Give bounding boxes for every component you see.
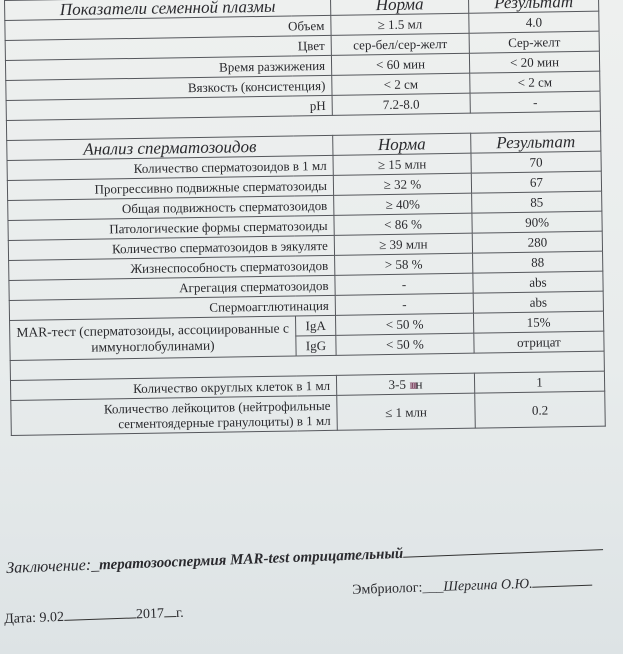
igg-norm: < 50 % bbox=[336, 333, 474, 355]
row-result: 1 bbox=[474, 371, 604, 393]
iga-label: IgA bbox=[295, 315, 335, 336]
result-column-header: Результат bbox=[471, 131, 601, 153]
lab-report-sheet: Показатели семенной плазмы Норма Результ… bbox=[4, 0, 607, 436]
conclusion-label: Заключение:_ bbox=[6, 556, 99, 577]
underline bbox=[164, 616, 176, 617]
row-result: 0.2 bbox=[475, 391, 606, 428]
igg-result: отрицат bbox=[474, 331, 604, 353]
row-norm: ≥ 15 млн bbox=[333, 153, 471, 175]
underline bbox=[403, 549, 603, 558]
row-norm: сер-бел/сер-желт bbox=[331, 33, 469, 55]
row-result: 4.0 bbox=[469, 11, 599, 33]
row-result: 67 bbox=[471, 171, 601, 193]
underline bbox=[533, 585, 593, 588]
norm-suffix: н bbox=[415, 376, 422, 391]
row-norm: - bbox=[335, 293, 473, 315]
mar-test-label: MAR-тест (сперматозоиды, ассоциированные… bbox=[10, 316, 297, 360]
row-norm: ≥ 39 млн bbox=[334, 233, 472, 255]
igg-label: IgG bbox=[296, 335, 336, 356]
row-norm: ≤ 1 млн bbox=[337, 393, 476, 430]
row-result: < 2 см bbox=[470, 71, 600, 93]
conclusion-line: Заключение:_тератозооспермия MAR-test от… bbox=[6, 536, 623, 578]
norm-prefix: 3-5 bbox=[388, 377, 409, 392]
date-label: Дата: 9.02 bbox=[4, 610, 64, 627]
row-result: abs bbox=[473, 291, 603, 313]
row-norm: 3-5 ɪɪɪɪн bbox=[336, 373, 474, 395]
row-result: abs bbox=[473, 271, 603, 293]
row-result: 88 bbox=[473, 251, 603, 273]
row-result: 85 bbox=[472, 191, 602, 213]
iga-result: 15% bbox=[473, 311, 603, 333]
underline bbox=[64, 617, 136, 621]
row-result: Сер-желт bbox=[469, 31, 599, 53]
semen-analysis-table: Показатели семенной плазмы Норма Результ… bbox=[4, 0, 606, 436]
row-norm: ≥ 40% bbox=[334, 193, 472, 215]
row-result: < 20 мин bbox=[469, 51, 599, 73]
norm-column-header: Норма bbox=[333, 133, 471, 155]
date-line: Дата: 9.022017г. bbox=[4, 590, 623, 628]
row-norm: 7.2-8.0 bbox=[332, 93, 470, 115]
date-year: 2017 bbox=[136, 606, 165, 622]
row-norm: < 86 % bbox=[334, 213, 472, 235]
row-norm: > 58 % bbox=[335, 253, 473, 275]
row-norm: - bbox=[335, 273, 473, 295]
conclusion-value: тератозооспермия MAR-test отрицательный bbox=[99, 546, 404, 574]
row-norm: < 60 мин bbox=[331, 53, 469, 75]
row-norm: ≥ 32 % bbox=[333, 173, 471, 195]
row-norm: < 2 см bbox=[332, 73, 470, 95]
row-result: 90% bbox=[472, 211, 602, 233]
embryologist-value: Шергина О.Ю. bbox=[443, 577, 533, 595]
embryologist-label: Эмбриолог:___ bbox=[352, 580, 444, 598]
row-name: Количество лейкоцитов (нейтрофильные сег… bbox=[11, 395, 338, 435]
row-norm: ≥ 1.5 мл bbox=[331, 13, 469, 35]
date-suffix: г. bbox=[176, 606, 184, 621]
iga-norm: < 50 % bbox=[335, 313, 473, 335]
row-result: - bbox=[470, 91, 600, 113]
row-result: 70 bbox=[471, 151, 601, 173]
row-result: 280 bbox=[472, 231, 602, 253]
